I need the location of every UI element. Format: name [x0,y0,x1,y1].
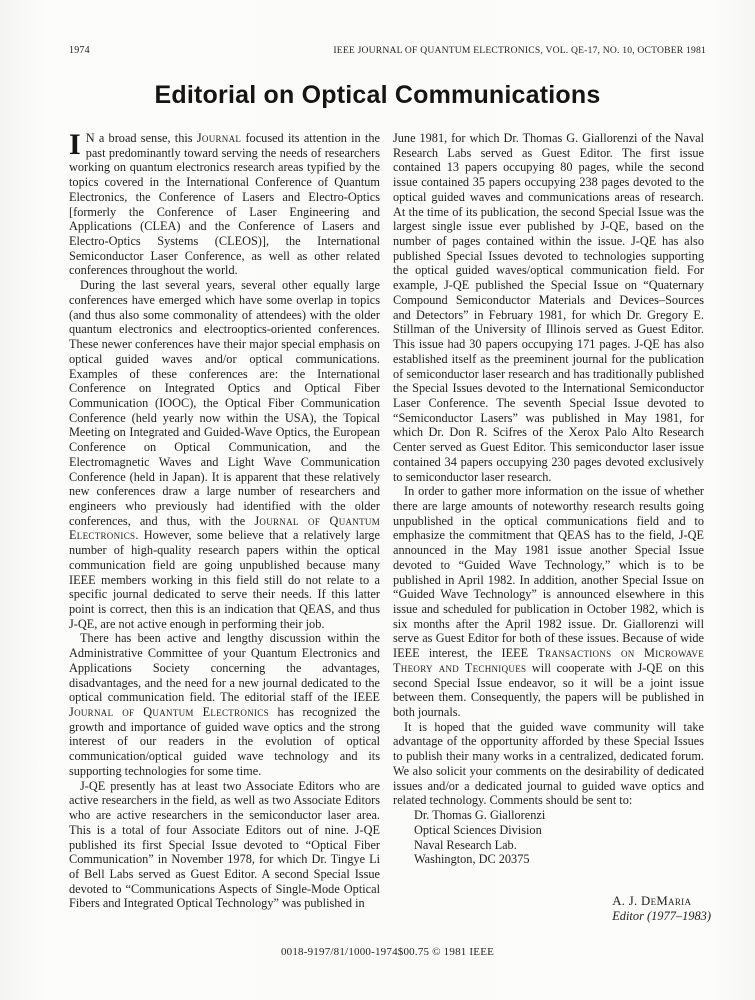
paragraph-text: J-QE presently has at least two Associat… [69,779,380,911]
page-number: 1974 [69,45,90,56]
drop-cap: I [69,131,86,157]
journal-page: 1974 IEEE JOURNAL OF QUANTUM ELECTRONICS… [0,0,755,1000]
paragraph-text: June 1981, for which Dr. Thomas G. Giall… [393,131,704,484]
paragraph-text: It is hoped that the guided wave communi… [393,720,704,808]
paragraph-text: There has been active and lengthy discus… [69,631,380,777]
editor-name: A. J. DeMaria [612,894,711,909]
paragraph-conferences: During the last several years, several o… [69,278,380,631]
paragraph-text: In order to gather more information on t… [393,484,704,719]
article-body: IN a broad sense, this Journal focused i… [69,131,704,923]
editor-signature: A. J. DeMaria Editor (1977–1983) [612,894,711,923]
paragraph-text: N a broad sense, this Journal focused it… [69,131,380,277]
paragraph-intro: IN a broad sense, this Journal focused i… [69,131,380,278]
paragraph-guided-wave: In order to gather more information on t… [393,484,704,720]
journal-citation: IEEE JOURNAL OF QUANTUM ELECTRONICS, VOL… [333,45,706,56]
left-column: IN a broad sense, this Journal focused i… [69,131,380,923]
paragraph-discussion: There has been active and lengthy discus… [69,631,380,778]
contact-address: Dr. Thomas G. Giallorenzi Optical Scienc… [393,808,704,867]
address-line-lab: Naval Research Lab. [414,838,704,853]
right-column: June 1981, for which Dr. Thomas G. Giall… [393,131,704,923]
paragraph-associate-editors: J-QE presently has at least two Associat… [69,779,380,911]
paragraph-closing: It is hoped that the guided wave communi… [393,720,704,808]
address-line-division: Optical Sciences Division [414,823,704,838]
paragraph-text: During the last several years, several o… [69,278,380,631]
editor-role: Editor (1977–1983) [612,909,711,924]
paragraph-special-issues: June 1981, for which Dr. Thomas G. Giall… [393,131,704,484]
address-line-name: Dr. Thomas G. Giallorenzi [414,808,704,823]
article-title: Editorial on Optical Communications [0,81,755,110]
address-line-city: Washington, DC 20375 [414,852,704,867]
running-head: 1974 IEEE JOURNAL OF QUANTUM ELECTRONICS… [69,45,706,56]
copyright-line: 0018-9197/81/1000-1974$00.75 © 1981 IEEE [69,946,706,958]
